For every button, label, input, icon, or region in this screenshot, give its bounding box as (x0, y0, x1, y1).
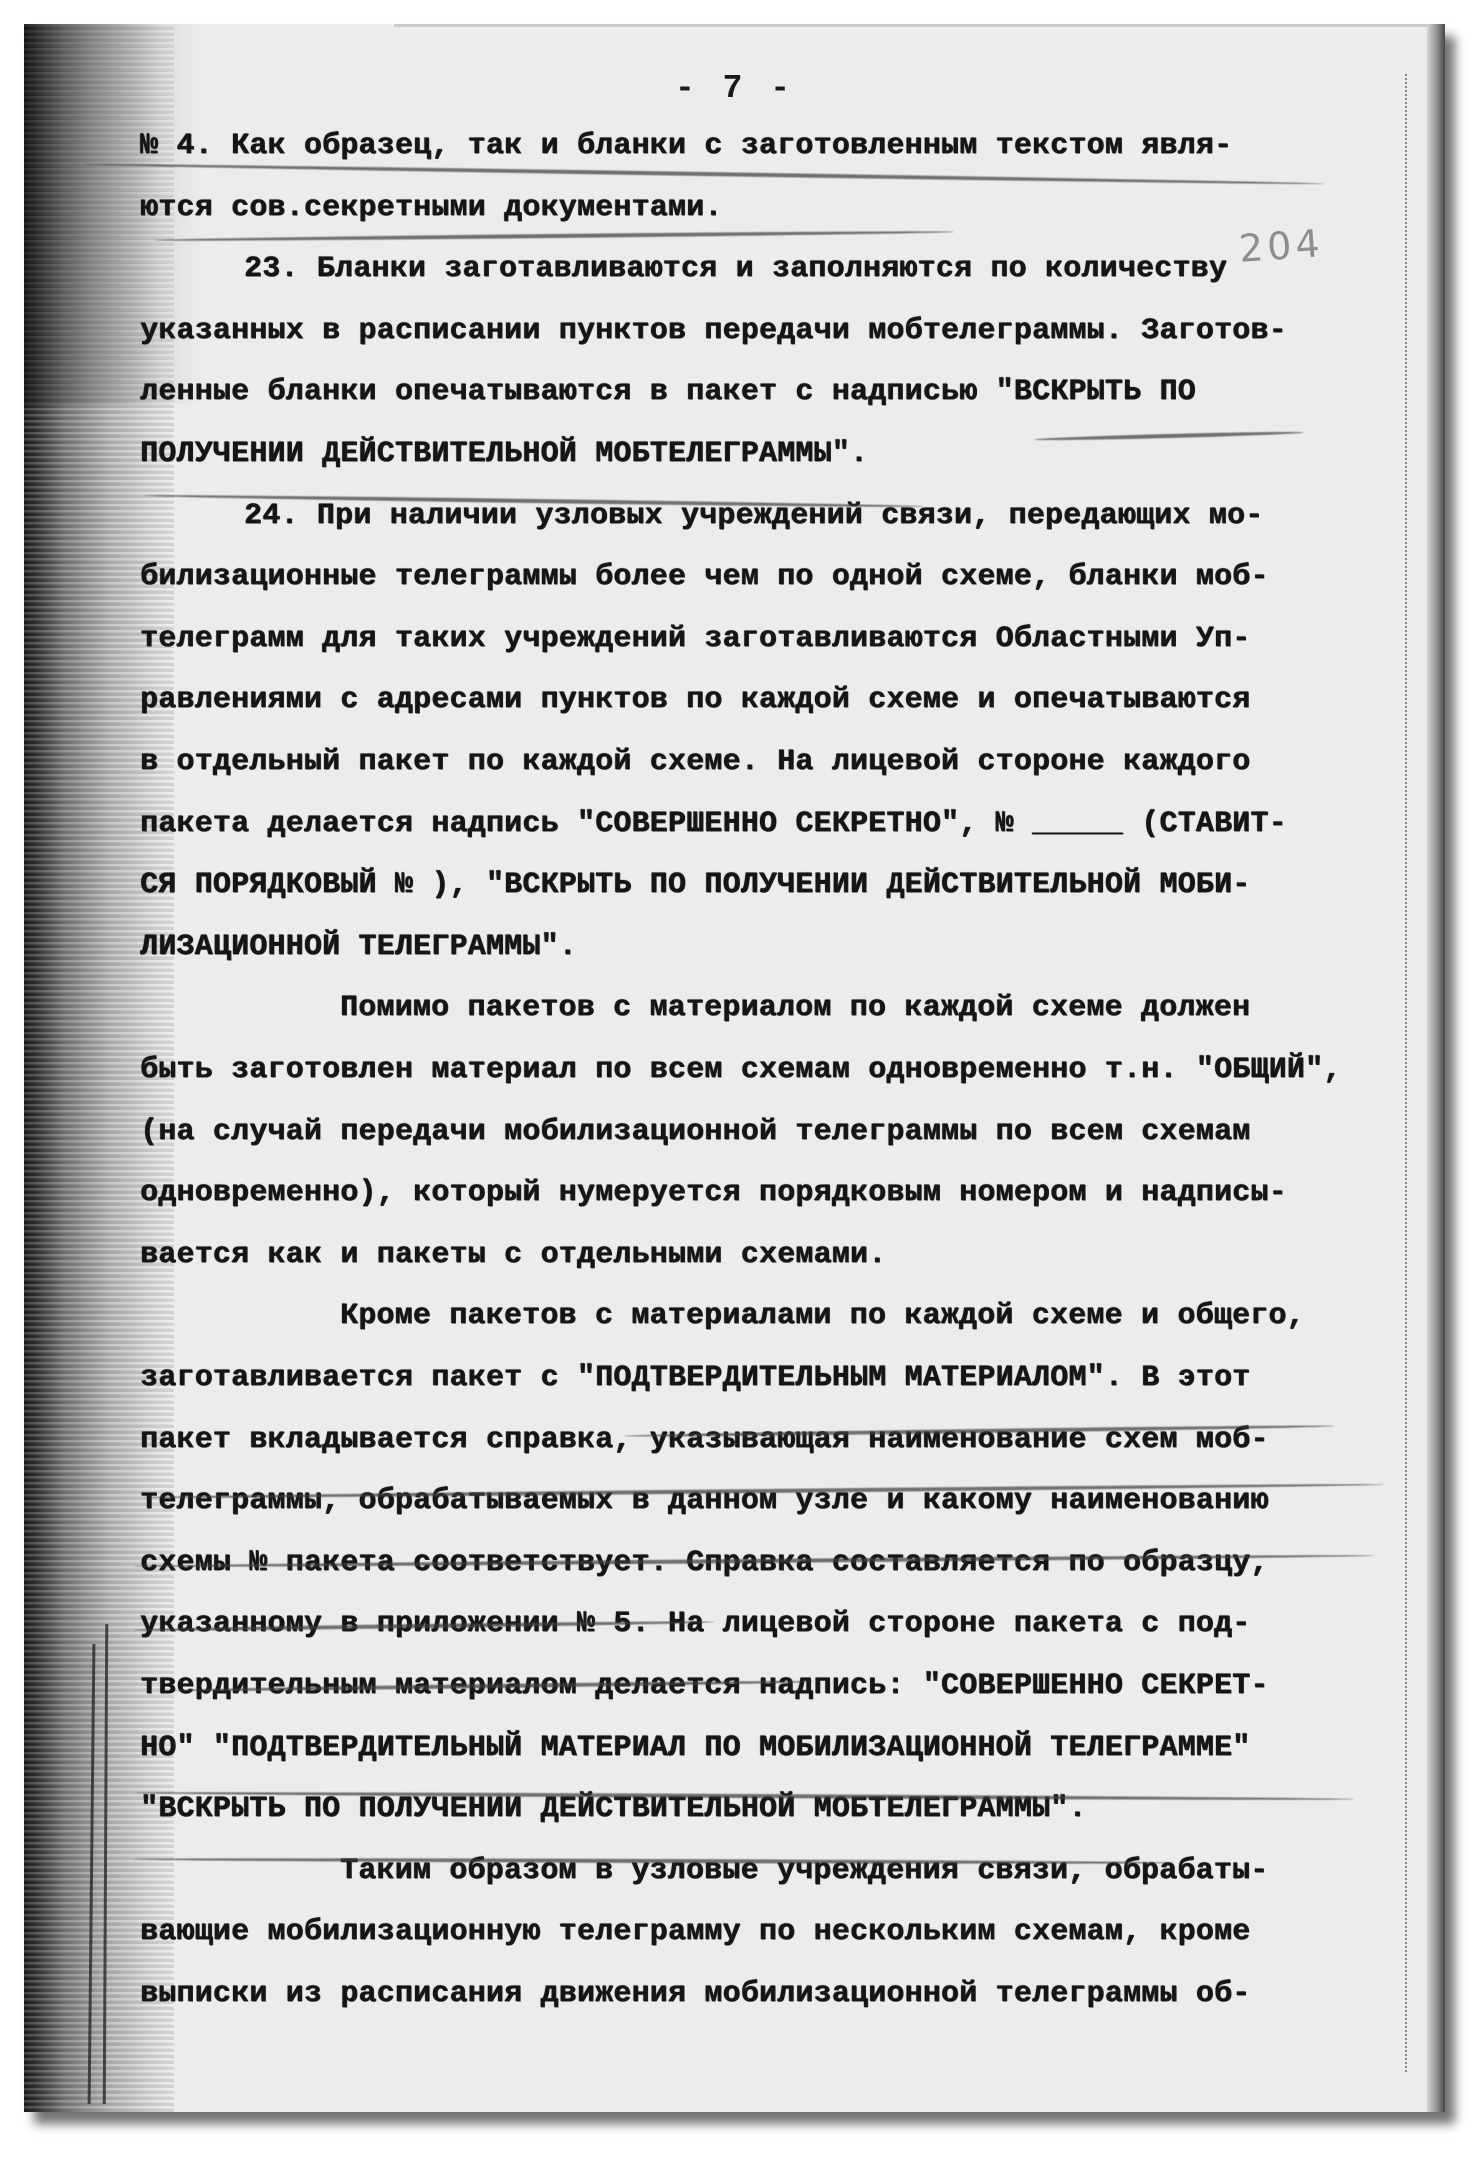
page-number: - 7 - (24, 70, 1445, 107)
text-line: НО" "ПОДТВЕРДИТЕЛЬНЫЙ МАТЕРИАЛ ПО МОБИЛИ… (140, 1731, 1250, 1765)
text-line: ются сов.секретными документами. (140, 191, 723, 225)
pencil-underline (84, 162, 1324, 185)
text-line: ЛИЗАЦИОННОЙ ТЕЛЕГРАММЫ". (140, 930, 577, 964)
text-line: билизационные телеграммы более чем по од… (140, 560, 1269, 594)
text-line: вается как и пакеты с отдельными схемами… (140, 1238, 886, 1272)
text-line: ленные бланки опечатываются в пакет с на… (140, 375, 1196, 409)
pencil-underline (154, 230, 954, 242)
text-line: указанных в расписании пунктов передачи … (140, 314, 1287, 348)
text-line: быть заготовлен материал по всем схемам … (140, 1053, 1341, 1087)
page-top-edge (394, 24, 1427, 27)
archive-folio-stamp: 204 (1238, 221, 1325, 271)
text-line: одновременно), который нумеруется порядк… (140, 1176, 1287, 1210)
text-line: (на случай передачи мобилизационной теле… (140, 1115, 1250, 1149)
text-line: заготавливается пакет с "ПОДТВЕРДИТЕЛЬНЫ… (140, 1361, 1250, 1395)
right-margin-dotted-line (1405, 74, 1407, 2072)
text-line: равлениями с адресами пунктов по каждой … (140, 683, 1250, 717)
text-line: ПОЛУЧЕНИИ ДЕЙСТВИТЕЛЬНОЙ МОБТЕЛЕГРАММЫ". (140, 437, 868, 471)
text-line: телеграмм для таких учреждений заготавли… (140, 622, 1250, 656)
document-page: - 7 - 204 № 4. Как образец, так и бланки… (24, 24, 1445, 2112)
pencil-underline (1034, 430, 1304, 441)
text-line: указанному в приложении № 5. На лицевой … (140, 1607, 1250, 1641)
text-line: № 4. Как образец, так и бланки с заготов… (140, 129, 1232, 163)
text-line: выписки из расписания движения мобилизац… (140, 1977, 1250, 2011)
paragraph-start: Кроме пакетов с материалами по каждой сх… (140, 1299, 1305, 1333)
text-line: СЯ ПОРЯДКОВЫЙ № ), "ВСКРЫТЬ ПО ПОЛУЧЕНИИ… (140, 868, 1250, 902)
text-line: пакета делается надпись "СОВЕРШЕННО СЕКР… (140, 807, 1287, 841)
paragraph-23-start: 23. Бланки заготавливаются и заполняются… (140, 252, 1227, 286)
page-right-edge (1427, 24, 1445, 2112)
text-line: вающие мобилизационную телеграмму по нес… (140, 1915, 1250, 1949)
text-line: в отдельный пакет по каждой схеме. На ли… (140, 745, 1250, 779)
paragraph-start: Помимо пакетов с материалом по каждой сх… (140, 991, 1250, 1025)
